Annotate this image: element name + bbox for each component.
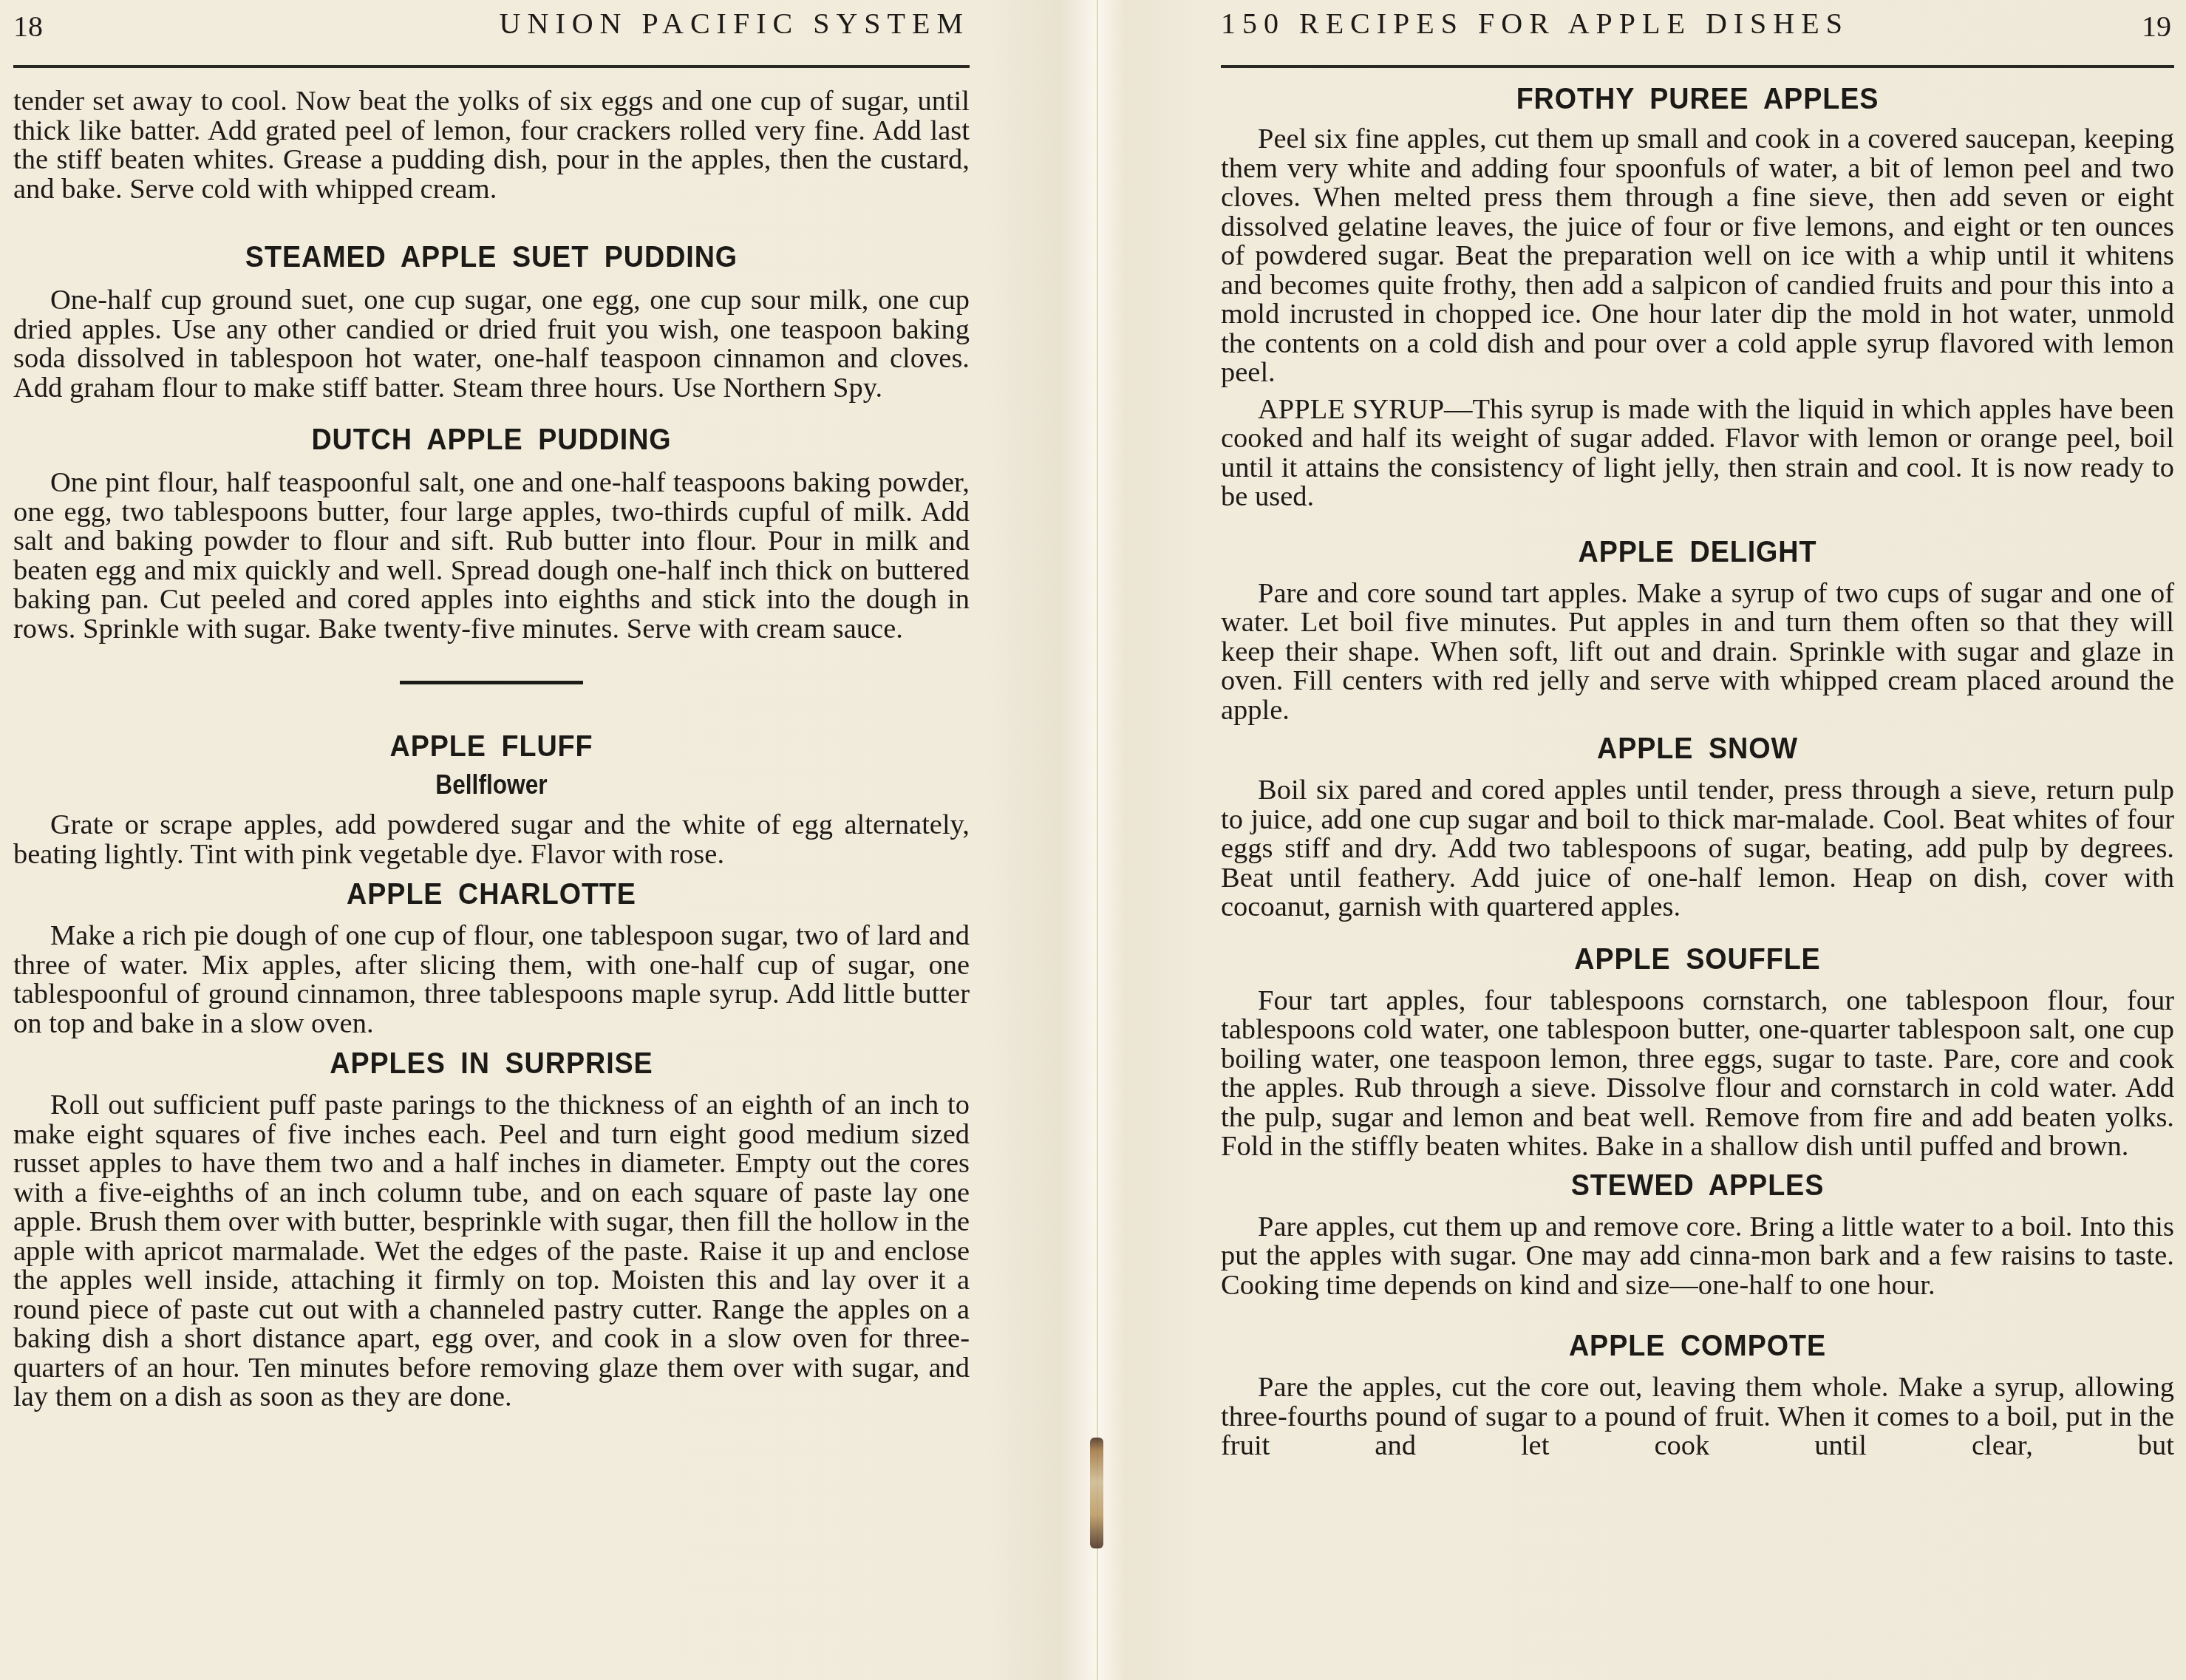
- recipe-title: APPLE SNOW: [1259, 731, 2136, 766]
- recipe-body: Peel six fine apples, cut them up small …: [1221, 125, 2174, 388]
- running-head: 18 UNION PACIFIC SYSTEM: [13, 0, 970, 68]
- running-title: 150 RECIPES FOR APPLE DISHES: [1221, 6, 1849, 41]
- recipe-body: Pare and core sound tart apples. Make a …: [1221, 579, 2174, 726]
- recipe-subtitle: Bellflower: [71, 769, 913, 800]
- page-number: 18: [13, 9, 43, 44]
- recipe-body: Roll out sufficient puff paste parings t…: [13, 1091, 970, 1412]
- recipe-body: Make a rich pie dough of one cup of flou…: [13, 922, 970, 1038]
- recipe-body: Four tart apples, four tablespoons corns…: [1221, 987, 2174, 1162]
- recipe-title: APPLE CHARLOTTE: [52, 877, 931, 911]
- recipe-title: APPLE COMPOTE: [1259, 1328, 2136, 1363]
- recipe-title: APPLES IN SURPRISE: [52, 1046, 931, 1081]
- recipe-title: DUTCH APPLE PUDDING: [52, 422, 931, 457]
- recipe-note: APPLE SYRUP—This syrup is made with the …: [1221, 395, 2174, 512]
- recipe-title: APPLE DELIGHT: [1259, 534, 2136, 569]
- page-content: FROTHY PUREE APPLES Peel six fine apples…: [1221, 81, 2174, 1461]
- recipe-title: FROTHY PUREE APPLES: [1259, 81, 2136, 116]
- recipe-title: STEAMED APPLE SUET PUDDING: [52, 239, 931, 274]
- recipe-body: Pare apples, cut them up and remove core…: [1221, 1213, 2174, 1301]
- recipe-body: Grate or scrape apples, add powdered sug…: [13, 811, 970, 869]
- continued-text: tender set away to cool. Now beat the yo…: [13, 87, 970, 204]
- left-page: 18 UNION PACIFIC SYSTEM tender set away …: [13, 0, 970, 1680]
- recipe-body: Boil six pared and cored apples until te…: [1221, 776, 2174, 922]
- right-page: 150 RECIPES FOR APPLE DISHES 19 FROTHY P…: [1221, 0, 2174, 1680]
- book-spread: 18 UNION PACIFIC SYSTEM tender set away …: [0, 0, 2186, 1680]
- recipe-title: APPLE SOUFFLE: [1259, 942, 2136, 976]
- recipe-body: Pare the apples, cut the core out, leavi…: [1221, 1373, 2174, 1461]
- recipe-body: One pint flour, half teaspoonful salt, o…: [13, 469, 970, 644]
- running-title: UNION PACIFIC SYSTEM: [500, 6, 970, 41]
- page-number: 19: [2142, 9, 2171, 44]
- recipe-title: STEWED APPLES: [1259, 1168, 2136, 1203]
- running-head: 150 RECIPES FOR APPLE DISHES 19: [1221, 0, 2174, 68]
- page-content: tender set away to cool. Now beat the yo…: [13, 87, 970, 1412]
- recipe-body: One-half cup ground suet, one cup sugar,…: [13, 286, 970, 403]
- recipe-title: APPLE FLUFF: [52, 729, 931, 764]
- spine-fold: [1097, 0, 1098, 1680]
- staple: [1090, 1438, 1103, 1548]
